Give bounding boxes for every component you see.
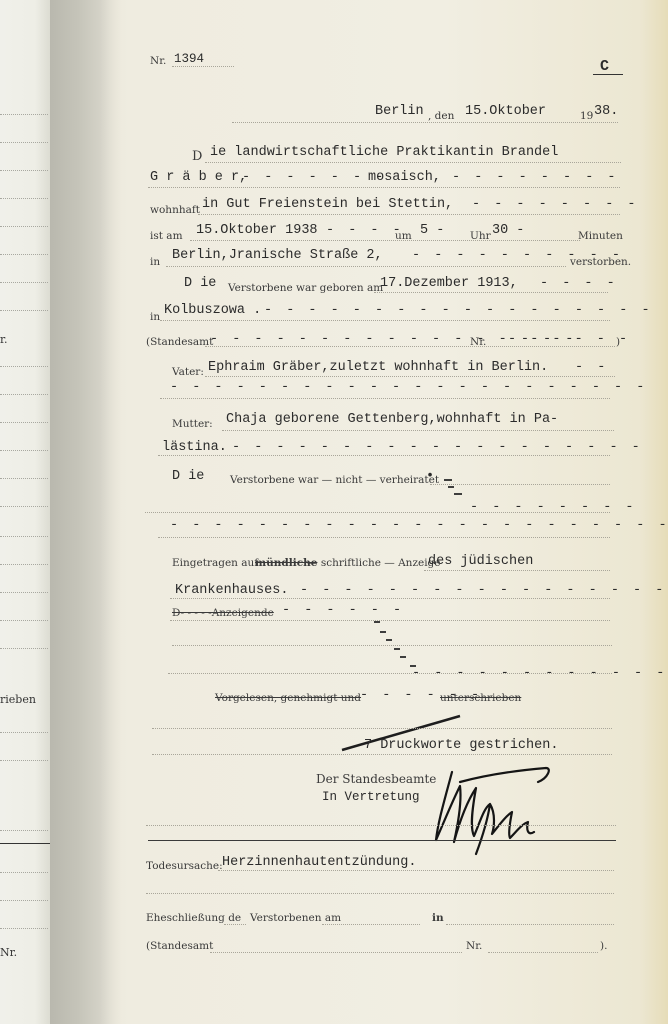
marriage-in-label: in bbox=[432, 912, 444, 924]
dotted-rule bbox=[168, 673, 612, 674]
left-page-nr-fragment-2: Nr. bbox=[0, 946, 17, 959]
dotted-rule bbox=[170, 598, 610, 599]
dotted-rule bbox=[205, 346, 615, 347]
entry-line1: ie landwirtschaftliche Praktikantin Bran… bbox=[210, 145, 558, 160]
residence: in Gut Freienstein bei Stettin, bbox=[202, 197, 453, 212]
dotted-rule bbox=[158, 455, 610, 456]
father: Ephraim Gräber,zuletzt wohnhaft in Berli… bbox=[208, 360, 548, 375]
residence-label: wohnhaft bbox=[150, 204, 200, 216]
death-place: Berlin,Jranische Straße 2, bbox=[172, 248, 383, 263]
marriage-label-2: Verstorbenen am bbox=[250, 912, 341, 924]
registry-close: ) bbox=[616, 336, 620, 348]
marriage-registry-label: (Standesamt bbox=[146, 940, 213, 952]
dotted-rule bbox=[166, 266, 566, 267]
section-divider bbox=[148, 840, 616, 841]
dotted-rule bbox=[205, 162, 621, 163]
dotted-rule bbox=[0, 928, 48, 929]
dotted-rule bbox=[0, 226, 48, 227]
cause-of-death-label: Todesursache: bbox=[146, 860, 223, 872]
dotted-rule bbox=[0, 478, 48, 479]
dotted-rule bbox=[0, 310, 48, 311]
register-date: 15.Oktober bbox=[465, 104, 546, 119]
dotted-rule bbox=[210, 952, 462, 953]
filler-dashes: - - - - - - - - - - - - - - - - - - - - … bbox=[170, 518, 668, 533]
dotted-rule bbox=[148, 187, 620, 188]
marriage-registry-close: ). bbox=[600, 940, 607, 952]
dotted-rule bbox=[0, 564, 48, 565]
filler-dashes: - - - - - - - - bbox=[452, 170, 619, 185]
birth-place-label: in bbox=[150, 311, 160, 323]
filler-dashes: - - bbox=[575, 360, 608, 375]
born-prefix: D ie bbox=[184, 276, 216, 291]
birth-place: Kolbuszowa . bbox=[164, 303, 261, 318]
filler-dashes: - - - - bbox=[540, 276, 618, 291]
stepped-dash-filler bbox=[430, 478, 470, 508]
marital-prefix: D ie bbox=[172, 469, 204, 484]
dotted-rule bbox=[430, 484, 610, 485]
dotted-rule bbox=[0, 592, 48, 593]
stepped-dash-filler bbox=[358, 620, 438, 672]
registrar-deputy: In Vertretung bbox=[322, 790, 420, 804]
dotted-rule bbox=[322, 924, 420, 925]
born-label: Verstorbene war geboren am bbox=[228, 282, 383, 294]
dotted-rule bbox=[0, 536, 48, 537]
filler-dashes: - - - - - - - - - - - - - - - - - - - bbox=[232, 440, 643, 455]
dotted-rule bbox=[0, 282, 48, 283]
dotted-rule bbox=[0, 506, 48, 507]
dotted-rule bbox=[146, 893, 614, 894]
dotted-rule bbox=[190, 240, 580, 241]
deceased-surname: G r ä b e r, bbox=[150, 170, 247, 185]
dotted-rule bbox=[172, 66, 234, 67]
dotted-rule bbox=[0, 620, 48, 621]
filler-dashes: - - - - - - bbox=[508, 332, 630, 347]
register-number: 1394 bbox=[174, 52, 204, 66]
dotted-rule bbox=[145, 512, 610, 513]
dotted-rule bbox=[488, 952, 598, 953]
mother-label: Mutter: bbox=[172, 418, 213, 430]
dotted-rule bbox=[160, 398, 610, 399]
dotted-rule bbox=[0, 114, 48, 115]
dotted-rule bbox=[218, 870, 614, 871]
left-page-nr-fragment: r. bbox=[0, 333, 8, 346]
registry-label: (Standesamt bbox=[146, 336, 213, 348]
dotted-rule bbox=[0, 170, 48, 171]
religion: mosaisch, bbox=[368, 170, 441, 185]
dotted-rule bbox=[0, 422, 48, 423]
birth-date: 17.Dezember 1913, bbox=[380, 276, 518, 291]
registered-mid: — schriftliche — Anzeige bbox=[307, 557, 441, 569]
dotted-rule bbox=[222, 430, 614, 431]
filler-dashes: - - - - - - - bbox=[242, 170, 386, 185]
dotted-rule bbox=[0, 872, 48, 873]
dotted-rule bbox=[374, 292, 608, 293]
filler-dashes: - - - - - - bbox=[282, 603, 404, 618]
section-underline bbox=[593, 74, 623, 75]
filler-dashes: - - - - - - - - - - - - - - - - - - bbox=[300, 583, 668, 598]
dotted-rule bbox=[232, 122, 618, 123]
dotted-rule bbox=[424, 570, 610, 571]
dotted-rule bbox=[172, 645, 612, 646]
read-approved-struck: Vorgelesen, genehmigt und bbox=[215, 692, 361, 704]
dotted-rule bbox=[0, 760, 48, 761]
dotted-rule bbox=[205, 376, 615, 377]
dotted-rule bbox=[158, 537, 610, 538]
year-prefix: 19 bbox=[580, 110, 593, 122]
dotted-rule bbox=[0, 830, 48, 831]
dotted-rule bbox=[0, 366, 48, 367]
marriage-registry-nr-label: Nr. bbox=[466, 940, 482, 952]
cause-of-death: Herzinnenhautentzündung. bbox=[222, 855, 416, 870]
registered-by: des jüdischen bbox=[428, 554, 533, 569]
registrar-title: Der Standesbeamte bbox=[316, 772, 436, 786]
registered-label: Eingetragen auf bbox=[172, 557, 258, 569]
mother-line2: lästina. bbox=[162, 440, 227, 455]
filler-dashes: - - - - - - - - - - - - - - - - - - - - … bbox=[170, 380, 647, 395]
dotted-rule bbox=[224, 924, 246, 925]
dotted-rule bbox=[160, 320, 610, 321]
deleted-words-note: 7 Druckworte gestrichen. bbox=[364, 738, 558, 753]
death-hour: 5 - bbox=[420, 223, 444, 238]
death-place-label: in bbox=[150, 256, 160, 268]
father-label: Vater: bbox=[172, 366, 204, 378]
marital-text: Verstorbene war — nicht — verheiratet bbox=[230, 474, 439, 486]
dotted-rule bbox=[0, 648, 48, 649]
filler-dashes: - - - - bbox=[326, 223, 404, 238]
marriage-label: Eheschließung de bbox=[146, 912, 241, 924]
dotted-rule bbox=[0, 394, 48, 395]
dotted-rule bbox=[446, 924, 614, 925]
solid-rule bbox=[0, 843, 50, 844]
died-on-label: ist am bbox=[150, 230, 183, 242]
handwritten-signature bbox=[430, 762, 560, 862]
informant-struck: D- - - - -Anzeigende bbox=[172, 607, 274, 619]
left-page-signed-fragment: rieben bbox=[0, 693, 36, 706]
death-date: 15.Oktober 1938 bbox=[196, 223, 318, 238]
section-letter: C bbox=[600, 58, 609, 75]
filler-dashes: - - - - - - - - - - - - - - - - - - bbox=[264, 303, 653, 318]
dotted-rule bbox=[0, 450, 48, 451]
dotted-rule bbox=[152, 728, 612, 729]
minute-label: Minuten bbox=[578, 230, 623, 242]
dotted-rule bbox=[152, 754, 612, 755]
dotted-rule bbox=[0, 732, 48, 733]
place: Berlin bbox=[375, 104, 424, 119]
entry-prefix-d: D bbox=[192, 149, 202, 164]
registered-by-line2: Krankenhauses. bbox=[175, 583, 288, 598]
date-connector: , den bbox=[428, 110, 454, 122]
left-page-edge: r. rieben Nr. bbox=[0, 0, 50, 1024]
dotted-rule bbox=[198, 214, 620, 215]
filler-dashes: - - - - - - - - bbox=[472, 197, 639, 212]
dotted-rule bbox=[0, 254, 48, 255]
dotted-rule bbox=[0, 900, 48, 901]
died-word: verstorben. bbox=[570, 256, 631, 268]
death-minute: 30 - bbox=[492, 223, 524, 238]
dotted-rule bbox=[0, 142, 48, 143]
dotted-rule bbox=[0, 198, 48, 199]
register-number-label: Nr. bbox=[150, 55, 166, 67]
signed-struck: unterschrieben bbox=[440, 692, 521, 704]
mother: Chaja geborene Gettenberg,wohnhaft in Pa… bbox=[226, 412, 558, 427]
year-suffix: 38. bbox=[594, 104, 618, 119]
dotted-rule bbox=[146, 825, 616, 826]
